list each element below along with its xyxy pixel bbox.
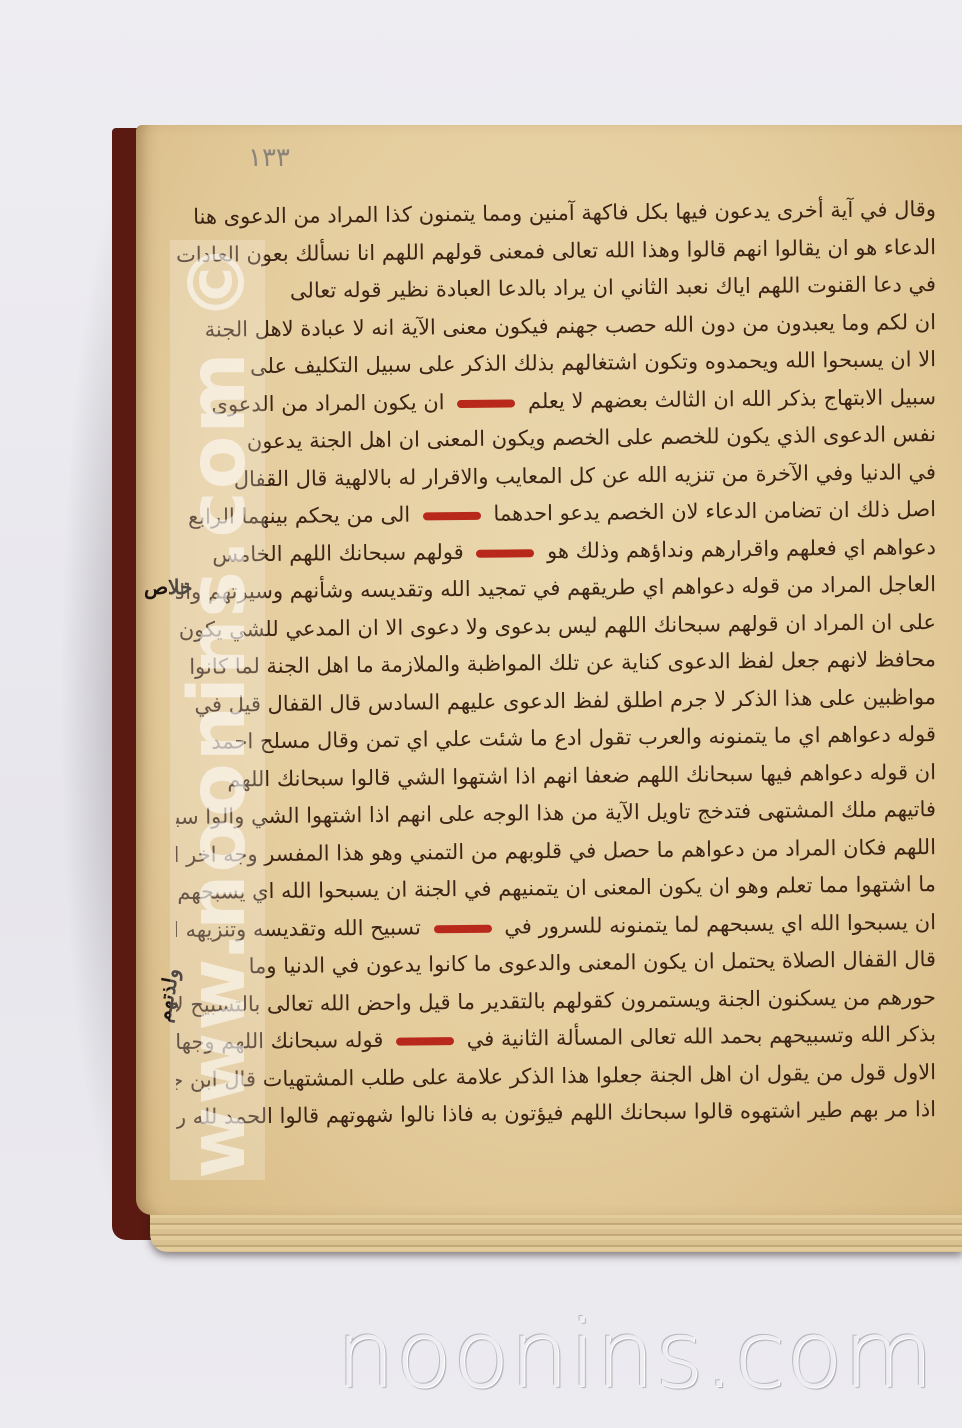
rubric-mark — [476, 548, 534, 557]
vertical-watermark-text: www.noonins.com © — [173, 241, 263, 1179]
rubric-mark — [396, 1037, 454, 1046]
rubric-mark — [423, 511, 481, 520]
rubric-mark — [434, 924, 492, 933]
folio-number: ١٣٣ — [248, 143, 290, 173]
vertical-watermark: www.noonins.com © — [170, 240, 265, 1180]
rubric-mark — [457, 398, 515, 407]
manuscript-text: وقال في آية أخرى يدعون فيها بكل فاكهة آم… — [176, 195, 936, 1133]
bottom-watermark: noonins.com — [336, 1300, 946, 1410]
manuscript-line: اذا مر بهم طير اشتهوه قالوا سبحانك اللهم… — [176, 1091, 936, 1136]
